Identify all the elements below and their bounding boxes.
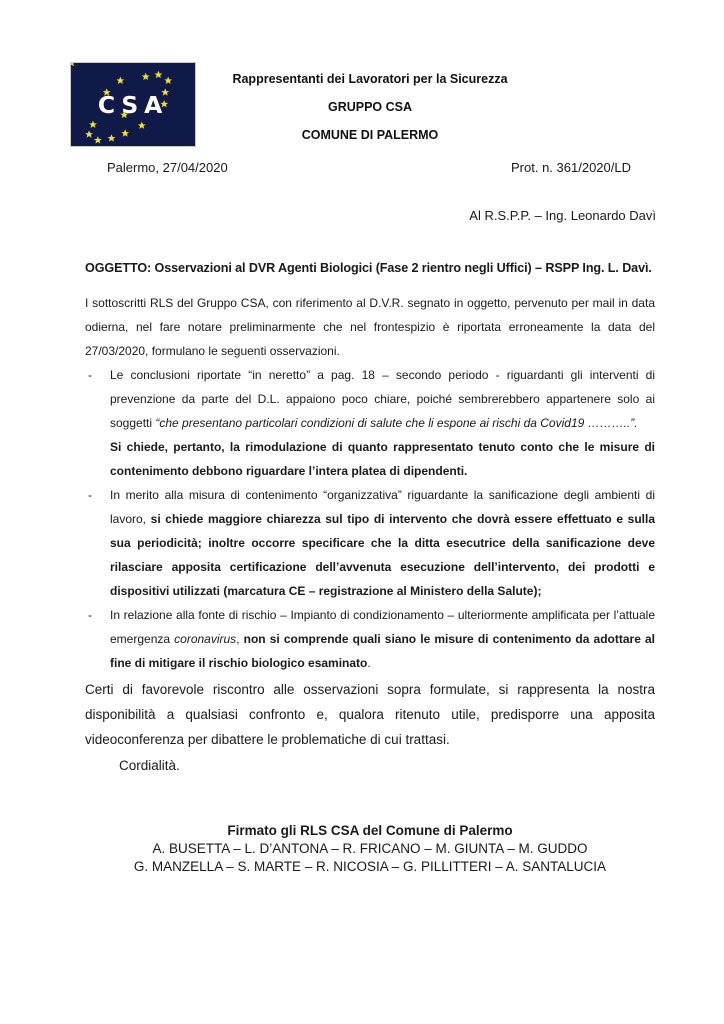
bullet-dash: - xyxy=(88,603,92,627)
bullet-dash: - xyxy=(88,483,92,507)
observation-item: - In relazione alla fonte di rischio – I… xyxy=(85,603,655,675)
observation-text-end: . xyxy=(367,656,370,670)
observation-request: si chiede maggiore chiarezza sul tipo di… xyxy=(110,512,655,598)
recipient: Al R.S.P.P. – Ing. Leonardo Davì xyxy=(469,208,656,223)
observation-text-sep: , xyxy=(236,632,243,646)
letter-body: I sottoscritti RLS del Gruppo CSA, con r… xyxy=(85,291,655,780)
observations-list: - Le conclusioni riportate “in neretto” … xyxy=(85,363,655,675)
letterhead-org: Rappresentanti dei Lavoratori per la Sic… xyxy=(210,71,530,155)
observation-italic: coronavirus xyxy=(174,632,236,646)
org-line-2: GRUPPO CSA xyxy=(210,99,530,127)
place-date: Palermo, 27/04/2020 xyxy=(107,160,228,175)
observation-quote: “che presentano particolari condizioni d… xyxy=(155,416,637,430)
org-line-1: Rappresentanti dei Lavoratori per la Sic… xyxy=(210,71,530,99)
subject-line: OGGETTO: Osservazioni al DVR Agenti Biol… xyxy=(85,261,665,275)
star-icons xyxy=(71,63,75,66)
signatories-line-1: A. BUSETTA – L. D’ANTONA – R. FRICANO – … xyxy=(100,840,640,858)
intro-paragraph: I sottoscritti RLS del Gruppo CSA, con r… xyxy=(85,291,655,363)
closing-paragraph: Certi di favorevole riscontro alle osser… xyxy=(85,677,655,752)
signatories-line-2: G. MANZELLA – S. MARTE – R. NICOSIA – G.… xyxy=(100,858,640,876)
logo-text: CSA xyxy=(98,91,168,119)
protocol-number: Prot. n. 361/2020/LD xyxy=(511,160,631,175)
observation-request: Si chiede, pertanto, la rimodulazione di… xyxy=(110,440,655,478)
bullet-dash: - xyxy=(88,363,92,387)
signature-block: Firmato gli RLS CSA del Comune di Palerm… xyxy=(100,822,640,876)
cordiality: Cordialità. xyxy=(85,752,655,780)
csa-logo: CSA xyxy=(70,62,196,147)
letter-page: CSA Rappresentanti dei Lavoratori per la… xyxy=(0,0,724,1024)
observation-item: - In merito alla misura di contenimento … xyxy=(85,483,655,603)
org-line-3: COMUNE DI PALERMO xyxy=(210,127,530,155)
signature-title: Firmato gli RLS CSA del Comune di Palerm… xyxy=(100,822,640,840)
observation-item: - Le conclusioni riportate “in neretto” … xyxy=(85,363,655,483)
